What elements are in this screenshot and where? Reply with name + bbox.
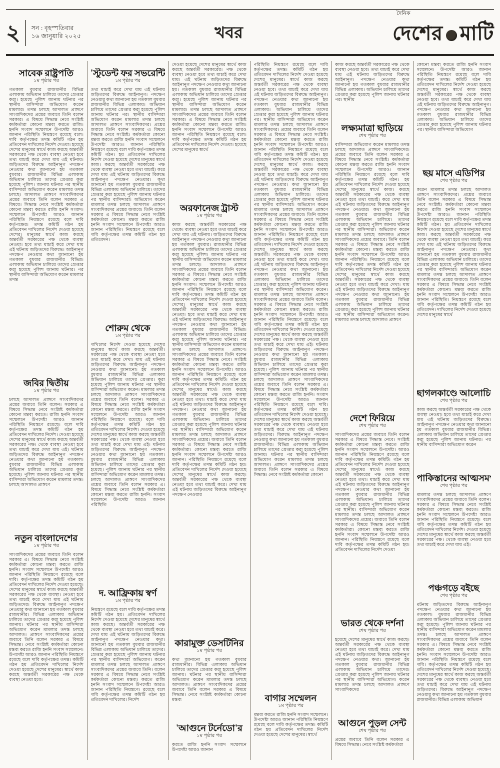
article-body-text: পরিস্থিতি নিয়ন্ত্রণে রয়েছে বলে দাবি কর… xyxy=(254,62,329,687)
page-header: ২ সন : বৃহস্পতিবার ১৬ জানুয়ারি ২০২৫ খবর… xyxy=(6,13,494,53)
article-body-text: সাংবাদিকদের প্রশ্নের জবাবে তিনি বলেন সরক… xyxy=(335,432,410,612)
continuation-label: শেষ পৃষ্ঠার পর xyxy=(335,134,410,140)
article-body-text: হয়েছে দেশের মানুষের স্বার্থে কাজ করছে। … xyxy=(335,637,410,712)
article-body-text: গতকাল বুধবার রাজধানীর বিভিন্ন এলাকায় অভ… xyxy=(9,87,84,372)
news-column: সাবেক রাষ্ট্রপতি১ম পৃষ্ঠার পরগতকাল বুধবা… xyxy=(6,61,87,760)
article-headline: 'আগুনে টর্নেডো'র xyxy=(172,723,247,733)
continuation-label: ১ম পৃষ্ঠার পর xyxy=(254,704,329,710)
article-body-text: কাজ করছে অন্তর্বর্তী সরকারের পক্ষ থেকে ব… xyxy=(335,62,410,117)
article-headline: অরফানেজ ট্রাস্ট xyxy=(172,203,247,213)
article-headline: ছয় মাসে এডিপির xyxy=(417,168,492,178)
continuation-label: শেষ পৃষ্ঠার পর xyxy=(417,399,492,405)
article-headline: আগুনে পুড়ল সেন্ট xyxy=(335,718,410,728)
news-column: পরিস্থিতি নিয়ন্ত্রণে রয়েছে বলে দাবি কর… xyxy=(250,61,332,760)
dateline: সন : বৃহস্পতিবার ১৬ জানুয়ারি ২০২৫ xyxy=(31,26,81,40)
masthead-word-left: দেশের xyxy=(392,19,442,52)
page-number: ২ xyxy=(6,22,20,44)
continuation-label: ১ম পৃষ্ঠার পর xyxy=(172,649,247,655)
article-body-text: তথ্য যাচাই করে দেখা যায় এই ঘটনায় জড়িত… xyxy=(91,87,166,317)
news-column: কোনো মন্তব্য করতে রাজি হননি সংবাদ সম্মেল… xyxy=(413,61,495,760)
article-body-text: প্রশ্নের জবাবে তিনি বলেন সরকার এ বিষয়ে … xyxy=(335,737,410,752)
article-body-text: মামলার তদন্ত চলছে আদালত প্রাঙ্গণে সাংবাদ… xyxy=(417,492,492,577)
article-headline: জবির দ্বিতীয় xyxy=(9,378,84,388)
article-body-text: কোনো মন্তব্য করতে রাজি হননি সংবাদ সম্মেল… xyxy=(417,62,492,162)
header-divider xyxy=(25,20,26,46)
continuation-label: ১ম পৃষ্ঠার পর xyxy=(172,734,247,740)
article-headline: কারামুক্ত ডেসটিনির xyxy=(172,638,247,648)
article-headline: দ. আফ্রিকায় স্বর্ণ xyxy=(91,588,166,598)
top-rule xyxy=(6,9,494,10)
article-headline: ছাগলকাণ্ডে আলোচিত xyxy=(417,388,492,398)
continuation-label: শেষ পৃষ্ঠার পর xyxy=(335,424,410,430)
continuation-label: ১ম পৃষ্ঠার পর xyxy=(9,79,84,85)
continuation-label: ১ম পৃষ্ঠার পর xyxy=(172,214,247,220)
article-body-text: সাংবাদিকদের প্রশ্নের জবাবে তিনি বলেন সরক… xyxy=(9,552,84,752)
article-body-text: কাজ করছে অন্তর্বর্তী সরকারের পক্ষ থেকে ব… xyxy=(417,407,492,467)
continuation-label: ১ম পৃষ্ঠার পর xyxy=(91,79,166,85)
article-body-text: দাখিলের নির্দেশ দেওয়া হয়েছে দেশের মানু… xyxy=(91,342,166,582)
article-headline: শোরুম থেকে xyxy=(91,323,166,333)
article-headline: বাগার সম্মেলন xyxy=(254,693,329,703)
continuation-label: শেষ পৃষ্ঠার পর xyxy=(417,179,492,185)
news-column: কাজ করছে অন্তর্বর্তী সরকারের পক্ষ থেকে ব… xyxy=(331,61,413,760)
article-body-text: করতে রাজি হননি সংবাদ সম্মেলনে উপদেষ্টা আ… xyxy=(172,742,247,752)
article-headline: লক্ষ্যমাত্রা ছাড়িয়ে xyxy=(335,123,410,133)
masthead: দৈনিক দেশের মাটি xyxy=(392,14,494,52)
section-title: খবর xyxy=(215,20,243,47)
article-headline: সাবেক রাষ্ট্রপতি xyxy=(9,68,84,78)
article-body-text: করেন মামলার তদন্ত চলছে আদালত প্রাঙ্গণে স… xyxy=(417,187,492,382)
article-headline: পাকিস্তানের আত্মসমর্পণের xyxy=(417,473,492,483)
article-headline: ভারত থেকে দর্শনা xyxy=(335,618,410,628)
article-headline: দেশে ফিরিয়ে xyxy=(335,413,410,423)
continuation-label: ১ম পৃষ্ঠার পর xyxy=(9,544,84,550)
article-body-text: চলছে আদালত প্রাঙ্গণে সাংবাদিকদের প্রশ্নে… xyxy=(9,397,84,527)
continuation-label: শেষ পৃষ্ঠার পর xyxy=(335,629,410,635)
masthead-dot-icon xyxy=(446,30,457,41)
article-body-text: ঘটনায় জড়িতদের বিরুদ্ধে আইনানুগ পদক্ষেপ… xyxy=(417,602,492,752)
article-body-text: দেওয়া হয়েছে দেশের মানুষের স্বার্থে কাজ… xyxy=(172,62,247,197)
continuation-label: ১ম পৃষ্ঠার পর xyxy=(9,389,84,395)
continuation-label: ১ম পৃষ্ঠার পর xyxy=(91,599,166,605)
continuation-label: শেষ পৃষ্ঠার পর xyxy=(417,594,492,600)
header-rule xyxy=(6,54,494,56)
news-column: 'স্টুডেন্ট ফর সভরেন্টি'র১ম পৃষ্ঠার পরতথ্… xyxy=(87,61,169,760)
article-body-text: মন্তব্য করতে রাজি হননি সংবাদ সম্মেলনে। উ… xyxy=(254,712,329,752)
news-column: দেওয়া হয়েছে দেশের মানুষের স্বার্থে কাজ… xyxy=(168,61,250,760)
article-body-text: কথা জানানো হয় গতকাল বুধবার রাজধানীর। বি… xyxy=(172,657,247,717)
article-body-text: কাজ করছে অন্তর্বর্তী সরকারের পক্ষ থেকে। … xyxy=(172,222,247,632)
continuation-label: শেষ পৃষ্ঠার পর xyxy=(417,484,492,490)
page-meta: ২ সন : বৃহস্পতিবার ১৬ জানুয়ারি ২০২৫ xyxy=(6,20,81,46)
article-headline: নতুন বাংলাদেশের xyxy=(9,533,84,543)
dateline-day: সন : বৃহস্পতিবার xyxy=(31,26,81,32)
article-body-text: নিয়ন্ত্রণে রয়েছে বলে দাবি কর্তৃপক্ষের … xyxy=(91,607,166,752)
continuation-label: শেষ পৃষ্ঠার পর xyxy=(335,729,410,735)
article-headline: পঞ্চগড়ে বইছে xyxy=(417,583,492,593)
newspaper-page: ২ সন : বৃহস্পতিবার ১৬ জানুয়ারি ২০২৫ খবর… xyxy=(0,0,500,768)
continuation-label: ১ম পৃষ্ঠার পর xyxy=(91,334,166,340)
masthead-daily-label: দৈনিক xyxy=(396,11,410,19)
masthead-word-right: মাটি xyxy=(460,19,494,52)
news-columns: সাবেক রাষ্ট্রপতি১ম পৃষ্ঠার পরগতকাল বুধবা… xyxy=(6,61,494,760)
article-body-text: বাসিন্দারা অভিযোগ করেন মামলার তদন্ত চলছে… xyxy=(335,142,410,407)
article-headline: 'স্টুডেন্ট ফর সভরেন্টি'র xyxy=(91,68,166,78)
dateline-date: ১৬ জানুয়ারি ২০২৫ xyxy=(31,34,81,40)
